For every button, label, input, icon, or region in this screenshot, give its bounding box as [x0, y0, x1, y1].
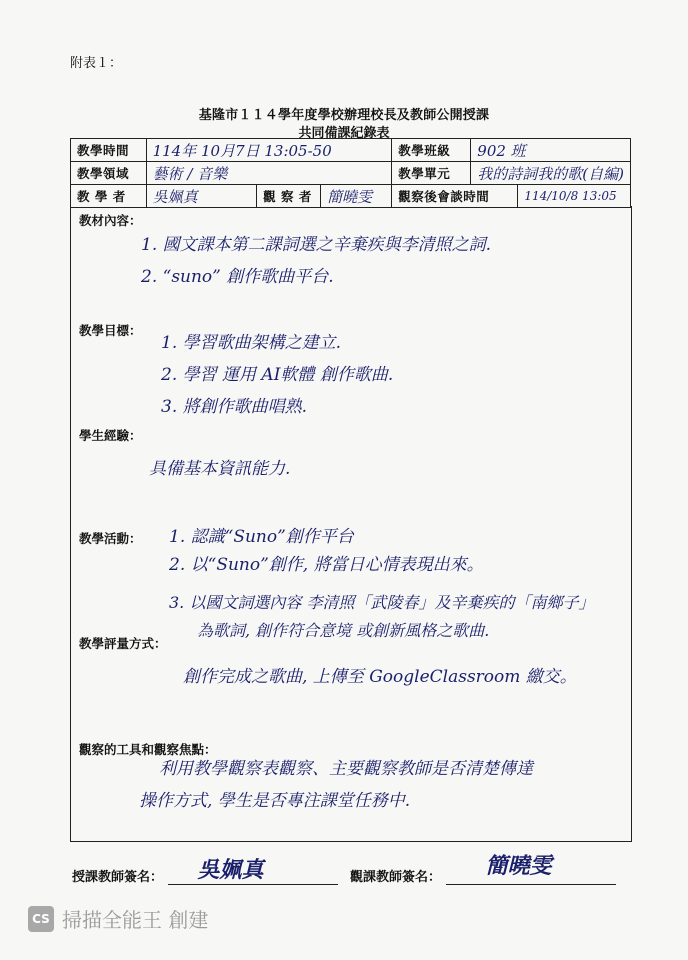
document-title: 基隆市１１４學年度學校辦理校長及教師公開授課 [0, 104, 688, 123]
teacher-signature-label: 授課教師簽名： [72, 870, 163, 885]
teaching-time-label: 教學時間 [71, 139, 147, 162]
content-box: 教材內容： 1. 國文課本第二課詞選之辛棄疾與李清照之詞. 2. “suno” … [70, 206, 632, 842]
objectives-item-3: 3. 將創作歌曲唱熟. [161, 392, 307, 417]
domain-value: 藝術 / 音樂 [146, 162, 392, 185]
info-row-teacher-observer: 教 學 者 吳姵真 觀 察 者 簡曉雯 觀察後會談時間 114/10/8 13:… [71, 185, 631, 208]
assessment-label: 教學評量方式： [79, 634, 167, 652]
unit-value: 我的詩詞我的歌(自編) [471, 162, 631, 185]
watermark-text: 掃描全能王 創建 [62, 904, 208, 933]
class-label: 教學班級 [392, 139, 471, 162]
domain-label: 教學領域 [71, 162, 147, 185]
teaching-time-value: 114年 10月7日 13:05-50 [146, 139, 392, 162]
activities-item-3-cont: 為歌詞, 創作符合意境 或創新風格之歌曲. [197, 618, 489, 641]
info-row-time-class: 教學時間 114年 10月7日 13:05-50 教學班級 902 班 [71, 139, 631, 162]
observer-signature-field[interactable]: 簡曉雯 [446, 862, 616, 885]
annex-label: 附表１： [70, 52, 122, 71]
materials-item-1: 1. 國文課本第二課詞選之辛棄疾與李清照之詞. [141, 230, 491, 255]
info-table: 教學時間 114年 10月7日 13:05-50 教學班級 902 班 教學領域… [70, 138, 631, 208]
experience-item-1: 具備基本資訊能力. [149, 454, 290, 479]
materials-item-2: 2. “suno” 創作歌曲平台. [141, 262, 334, 287]
observer-value: 簡曉雯 [320, 185, 391, 208]
objectives-label: 教學目標： [79, 321, 142, 339]
teacher-label: 教 學 者 [71, 185, 147, 208]
activities-label: 教學活動： [79, 529, 142, 547]
teacher-signature-row: 授課教師簽名： 吳姵真 [72, 862, 338, 885]
observation-item-1: 利用教學觀察表觀察、主要觀察教師是否清楚傳達 [159, 754, 533, 779]
class-value: 902 班 [471, 139, 631, 162]
experience-label: 學生經驗： [79, 426, 142, 444]
observer-signature-label: 觀課教師簽名： [350, 870, 441, 885]
post-meeting-value: 114/10/8 13:05 [518, 185, 631, 208]
unit-label: 教學單元 [392, 162, 471, 185]
observer-signature-row: 觀課教師簽名： 簡曉雯 [350, 862, 616, 885]
record-form-page: 附表１： 基隆市１１４學年度學校辦理校長及教師公開授課 共同備課紀錄表 教學時間… [0, 0, 688, 960]
objectives-item-1: 1. 學習歌曲架構之建立. [161, 328, 341, 353]
teacher-value: 吳姵真 [146, 185, 257, 208]
post-meeting-label: 觀察後會談時間 [392, 185, 518, 208]
scanner-watermark: CS 掃描全能王 創建 [28, 904, 208, 933]
activities-item-2: 2. 以“Suno”創作, 將當日心情表現出來。 [169, 550, 484, 575]
observer-label: 觀 察 者 [257, 185, 321, 208]
observation-item-2: 操作方式, 學生是否專注課堂任務中. [139, 786, 410, 811]
observer-signature: 簡曉雯 [486, 849, 552, 880]
teacher-signature-field[interactable]: 吳姵真 [168, 862, 338, 885]
camscanner-logo-icon: CS [28, 906, 54, 932]
teacher-signature: 吳姵真 [198, 853, 264, 884]
materials-label: 教材內容： [79, 211, 142, 229]
activities-item-3: 3. 以國文詞選內容 李清照「武陵春」及辛棄疾的「南鄉子」 [169, 590, 594, 613]
info-row-domain-unit: 教學領域 藝術 / 音樂 教學單元 我的詩詞我的歌(自編) [71, 162, 631, 185]
assessment-item-1: 創作完成之歌曲, 上傳至 GoogleClassroom 繳交。 [183, 662, 577, 687]
activities-item-1: 1. 認識“Suno”創作平台 [169, 522, 354, 547]
objectives-item-2: 2. 學習 運用 AI軟體 創作歌曲. [161, 360, 393, 385]
